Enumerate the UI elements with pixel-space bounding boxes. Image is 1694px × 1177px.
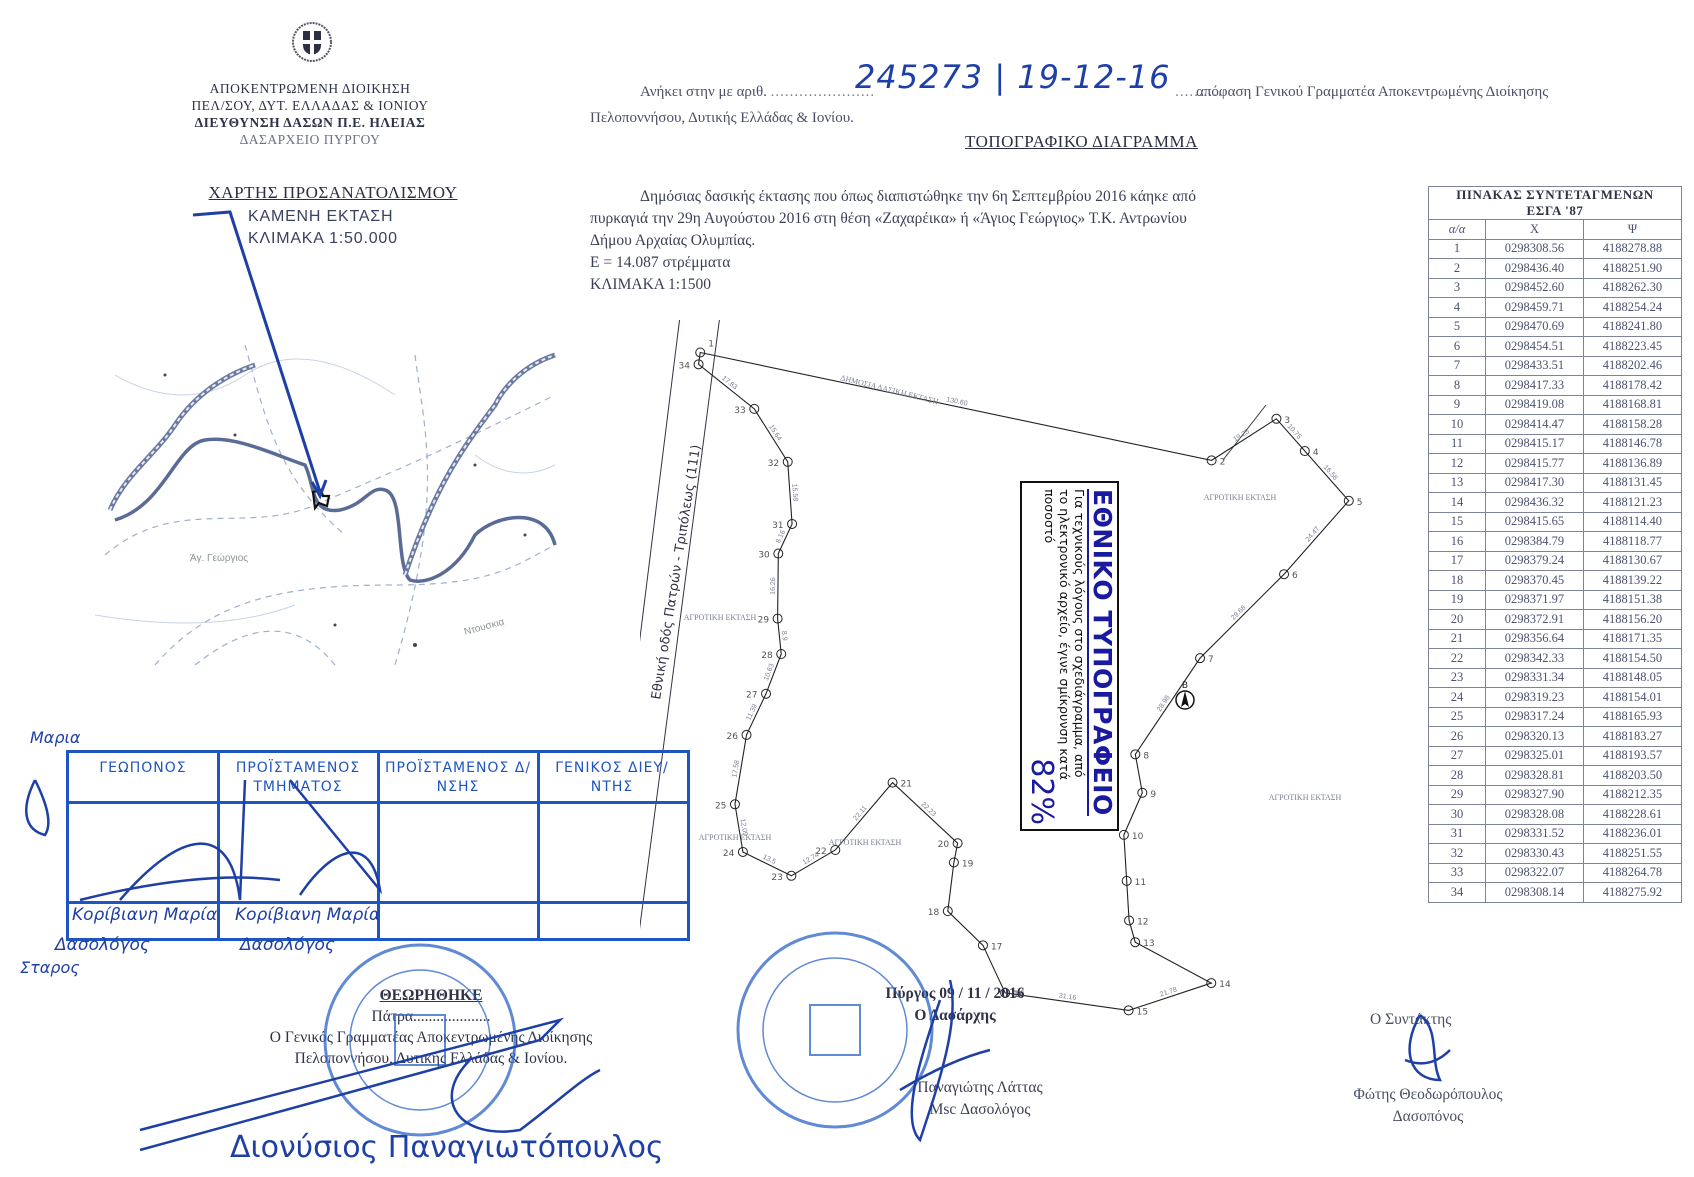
decision-prefix: Ανήκει στην με αριθ. — [640, 84, 767, 100]
table-row: 90298419.084188168.81 — [1429, 395, 1682, 415]
cell-x: 0298319.23 — [1486, 688, 1584, 708]
cell-y: 4188278.88 — [1583, 239, 1681, 259]
cell-x: 0298454.51 — [1486, 337, 1584, 357]
document-title: ΤΟΠΟΓΡΑΦΙΚΟ ΔΙΑΓΡΑΜΜΑ — [965, 132, 1198, 152]
description-line-1: Δημόσιας δασικής έκτασης που όπως διαπισ… — [590, 186, 1410, 208]
cell-x: 0298308.14 — [1486, 883, 1584, 903]
cell-y: 4188251.90 — [1583, 259, 1681, 279]
neighbor-public-forest-label: ΔΗΜΟΣΙΑ ΔΑΣΙΚΗ ΕΚΤΑΣΗ — [840, 373, 940, 406]
table-row: 40298459.714188254.24 — [1429, 298, 1682, 318]
table-row: 320298330.434188251.55 — [1429, 844, 1682, 864]
table-row: 200298372.914188156.20 — [1429, 610, 1682, 630]
sig-header-dept-head: ΠΡΟΪΣΤΑΜΕΝΟΣ ΤΜΗΜΑΤΟΣ — [219, 759, 377, 797]
cell-y: 4188154.01 — [1583, 688, 1681, 708]
cell-y: 4188168.81 — [1583, 395, 1681, 415]
cell-x: 0298371.97 — [1486, 590, 1584, 610]
handwritten-note-role-2: Δασολόγος — [240, 935, 335, 955]
cell-x: 0298308.56 — [1486, 239, 1584, 259]
table-row: 280298328.814188203.50 — [1429, 766, 1682, 786]
orientation-map-scale: ΚΛΙΜΑΚΑ 1:50.000 — [248, 228, 398, 250]
table-row: 10298308.564188278.88 — [1429, 239, 1682, 259]
col-header-y: Ψ — [1583, 220, 1681, 240]
vertex-label: 24 — [723, 849, 735, 859]
cell-y: 4188254.24 — [1583, 298, 1681, 318]
cell-y: 4188202.46 — [1583, 356, 1681, 376]
edge-length-label: 130.60 — [946, 396, 968, 407]
col-header-x: Χ — [1486, 220, 1584, 240]
author-role: Ο Συντάκτης — [1370, 1011, 1451, 1029]
national-printing-office-stamp: ΕΘΝΙΚΟ ΤΥΠΟΓΡΑΦΕΙΟ Για τεχνικούς λόγους … — [1020, 481, 1119, 831]
approval-role-2: Πελοποννήσου, Δυτικής Ελλάδας & Ιονίου. — [256, 1048, 606, 1069]
sig-header-general-director: ΓΕΝΙΚΟΣ ΔΙΕΥ/ΝΤΗΣ — [539, 759, 685, 797]
plan-scale: ΚΛΙΜΑΚΑ 1:1500 — [590, 274, 1410, 296]
table-row: 180298370.454188139.22 — [1429, 571, 1682, 591]
vertex-label: 9 — [1150, 790, 1156, 800]
cell-x: 0298370.45 — [1486, 571, 1584, 591]
cell-x: 0298459.71 — [1486, 298, 1584, 318]
approval-title: ΘΕΩΡΗΘΗΚΕ — [256, 985, 606, 1006]
cell-y: 4188146.78 — [1583, 434, 1681, 454]
cell-x: 0298328.81 — [1486, 766, 1584, 786]
table-row: 250298317.244188165.93 — [1429, 707, 1682, 727]
table-row: 300298328.084188228.61 — [1429, 805, 1682, 825]
cell-y: 4188139.22 — [1583, 571, 1681, 591]
table-row: 140298436.324188121.23 — [1429, 493, 1682, 513]
map-label-agios-georgios: Άγ. Γεώργιος — [190, 552, 248, 564]
table-row: 100298414.474188158.28 — [1429, 415, 1682, 435]
cell-y: 4188165.93 — [1583, 707, 1681, 727]
table-row: 60298454.514188223.45 — [1429, 337, 1682, 357]
author-name: Φώτης Θεοδωρόπουλος — [1318, 1084, 1538, 1106]
vertex-label: 28 — [761, 651, 773, 661]
handwritten-note-role-1: Δασολόγος — [55, 935, 150, 955]
svg-text:Β: Β — [1182, 681, 1188, 691]
forest-officer-date: Πύργος 09 / 11 / 2016 — [850, 983, 1060, 1005]
approval-role-1: Ο Γενικός Γραμματέας Αποκεντρωμένης Διοί… — [256, 1027, 606, 1048]
cell-x: 0298384.79 — [1486, 532, 1584, 552]
cell-x: 0298317.24 — [1486, 707, 1584, 727]
cell-x: 0298415.65 — [1486, 512, 1584, 532]
authority-line-3: ΔΙΕΥΘΥΝΣΗ ΔΑΣΩΝ Π.Ε. ΗΛΕΙΑΣ — [130, 114, 490, 131]
vertex-label: 10 — [1132, 832, 1144, 842]
orientation-map-title: ΧΑΡΤΗΣ ΠΡΟΣΑΝΑΤΟΛΙΣΜΟΥ — [178, 183, 488, 203]
orientation-map: Άγ. Γεώργιος Ντουσκια — [95, 335, 565, 675]
table-row: 290298327.904188212.35 — [1429, 785, 1682, 805]
cell-x: 0298330.43 — [1486, 844, 1584, 864]
cell-y: 4188121.23 — [1583, 493, 1681, 513]
cell-y: 4188251.55 — [1583, 844, 1681, 864]
edge-length-label: 16.26 — [770, 577, 777, 595]
vertex-label: 17 — [991, 942, 1002, 952]
approval-place: Πάτρα.................... — [256, 1006, 606, 1027]
cell-x: 0298379.24 — [1486, 551, 1584, 571]
table-row: 70298433.514188202.46 — [1429, 356, 1682, 376]
neighbor-agri-label-5: ΑΓΡΟΤΙΚΗ ΕΚΤΑΣΗ — [699, 833, 772, 842]
handwritten-note-top: Μαρια — [30, 728, 80, 747]
forest-officer-title: Msc Δασολόγος — [880, 1099, 1080, 1121]
vertex-label: 19 — [962, 859, 974, 869]
vertex-label: 26 — [727, 732, 739, 742]
cell-index: 1 — [1429, 239, 1486, 259]
vertex-label: 7 — [1208, 655, 1214, 665]
cell-x: 0298320.13 — [1486, 727, 1584, 747]
cell-y: 4188154.50 — [1583, 649, 1681, 669]
forest-officer-name-block: Παναγιώτης Λάττας Msc Δασολόγος — [880, 1077, 1080, 1121]
cell-x: 0298331.34 — [1486, 668, 1584, 688]
table-row: 210298356.644188171.35 — [1429, 629, 1682, 649]
vertex-label: 21 — [901, 780, 912, 790]
neighbor-agri-label-4: ΑΓΡΟΤΙΚΗ ΕΚΤΑΣΗ — [829, 838, 902, 847]
forest-officer-block: Πύργος 09 / 11 / 2016 Ο Δασάρχης — [850, 983, 1060, 1027]
cell-y: 4188223.45 — [1583, 337, 1681, 357]
road-label: Εθνική οδός Πατρών - Τριπόλεως (111) — [649, 444, 704, 701]
vertex-label: 5 — [1357, 498, 1363, 508]
approval-block: ΘΕΩΡΗΘΗΚΕ Πάτρα.................... Ο Γε… — [256, 985, 606, 1069]
cell-y: 4188131.45 — [1583, 473, 1681, 493]
vertex-label: 27 — [746, 691, 757, 701]
cell-y: 4188262.30 — [1583, 278, 1681, 298]
cell-y: 4188151.38 — [1583, 590, 1681, 610]
table-row: 160298384.794188118.77 — [1429, 532, 1682, 552]
vertex-label: 6 — [1292, 571, 1298, 581]
table-row: 340298308.144188275.92 — [1429, 883, 1682, 903]
area-description: Δημόσιας δασικής έκτασης που όπως διαπισ… — [590, 186, 1410, 296]
handwritten-note-bottom: Σταρος — [20, 958, 80, 977]
cell-y: 4188264.78 — [1583, 863, 1681, 883]
sig-header-agronomist: ΓΕΩΠΟΝΟΣ — [69, 759, 217, 778]
table-row: 150298415.654188114.40 — [1429, 512, 1682, 532]
cell-y: 4188130.67 — [1583, 551, 1681, 571]
edge-length-label: 8.16 — [775, 529, 787, 544]
table-row: 120298415.774188136.89 — [1429, 454, 1682, 474]
cell-y: 4188193.57 — [1583, 746, 1681, 766]
vertex-label: 1 — [708, 339, 714, 349]
table-row: 130298417.304188131.45 — [1429, 473, 1682, 493]
issuing-authority: ΑΠΟΚΕΝΤΡΩΜΕΝΗ ΔΙΟΙΚΗΣΗ ΠΕΛ/ΣΟΥ, ΔΥΤ. ΕΛΛ… — [130, 80, 490, 148]
cell-x: 0298414.47 — [1486, 415, 1584, 435]
handwritten-name-1: Κορίβιανη Μαρία — [72, 905, 217, 925]
cell-index: 2 — [1429, 259, 1486, 279]
table-row: 230298331.344188148.05 — [1429, 668, 1682, 688]
table-row: 240298319.234188154.01 — [1429, 688, 1682, 708]
table-row: 110298415.174188146.78 — [1429, 434, 1682, 454]
cell-y: 4188118.77 — [1583, 532, 1681, 552]
coordinates-table-title: ΠΙΝΑΚΑΣ ΣΥΝΤΕΤΑΓΜΕΝΩΝΕΣΓΑ '87 — [1429, 187, 1682, 220]
vertex-label: 8 — [1143, 751, 1149, 761]
edge-length-label: 13.5 — [761, 854, 776, 866]
authority-line-4: ΔΑΣΑΡΧΕΙΟ ΠΥΡΓΟΥ — [130, 131, 490, 148]
cell-y: 4188241.80 — [1583, 317, 1681, 337]
orientation-map-subtitle: ΚΑΜΕΝΗ ΕΚΤΑΣΗ — [248, 206, 398, 228]
vertex-label: 30 — [758, 551, 770, 561]
table-row: 190298371.974188151.38 — [1429, 590, 1682, 610]
description-line-2: πυρκαγιά την 29η Αυγούστου 2016 στη θέση… — [590, 208, 1410, 230]
cell-x: 0298327.90 — [1486, 785, 1584, 805]
cell-index: 3 — [1429, 278, 1486, 298]
vertex-label: 11 — [1135, 878, 1146, 888]
approval-signature: Διονύσιος Παναγιωτόπουλος — [230, 1130, 664, 1165]
cell-x: 0298452.60 — [1486, 278, 1584, 298]
cell-x: 0298415.17 — [1486, 434, 1584, 454]
vertex-label: 20 — [938, 840, 950, 850]
cell-x: 0298331.52 — [1486, 824, 1584, 844]
stamp-percent: 82% — [1024, 758, 1059, 825]
cell-y: 4188136.89 — [1583, 454, 1681, 474]
forest-officer-name: Παναγιώτης Λάττας — [880, 1077, 1080, 1099]
vertex-label: 15 — [1137, 1007, 1148, 1017]
cell-x: 0298372.91 — [1486, 610, 1584, 630]
table-row: 310298331.524188236.01 — [1429, 824, 1682, 844]
vertex-label: 32 — [768, 459, 779, 469]
edge-length-label: 8.9 — [780, 631, 788, 642]
authority-line-2: ΠΕΛ/ΣΟΥ, ΔΥΤ. ΕΛΛΑΔΑΣ & ΙΟΝΙΟΥ — [130, 97, 490, 114]
forest-officer-role: Ο Δασάρχης — [850, 1005, 1060, 1027]
vertex-label: 12 — [1137, 917, 1148, 927]
cell-y: 4188178.42 — [1583, 376, 1681, 396]
handwritten-decision-number: 245273 | 19-12-16 — [855, 58, 1171, 96]
edge-length-label: 15.58 — [790, 484, 798, 502]
cell-y: 4188275.92 — [1583, 883, 1681, 903]
cell-x: 0298417.33 — [1486, 376, 1584, 396]
cell-y: 4188183.27 — [1583, 727, 1681, 747]
cell-x: 0298322.07 — [1486, 863, 1584, 883]
cell-x: 0298417.30 — [1486, 473, 1584, 493]
vertex-label: 13 — [1143, 939, 1154, 949]
table-row: 270298325.014188193.57 — [1429, 746, 1682, 766]
vertex-label: 14 — [1219, 980, 1231, 990]
description-line-3: Δήμου Αρχαίας Ολυμπίας. — [590, 230, 1410, 252]
area-value: Ε = 14.087 στρέμματα — [590, 252, 1410, 274]
table-row: 330298322.074188264.78 — [1429, 863, 1682, 883]
authority-line-1: ΑΠΟΚΕΝΤΡΩΜΕΝΗ ΔΙΟΙΚΗΣΗ — [130, 80, 490, 97]
neighbor-agri-label-1: ΑΓΡΟΤΙΚΗ ΕΚΤΑΣΗ — [1204, 493, 1277, 502]
cell-y: 4188158.28 — [1583, 415, 1681, 435]
table-row: 30298452.604188262.30 — [1429, 278, 1682, 298]
vertex-label: 23 — [771, 873, 782, 883]
vertex-label: 4 — [1313, 448, 1319, 458]
north-arrow-icon: Β — [1176, 681, 1194, 709]
orientation-map-info: ΚΑΜΕΝΗ ΕΚΤΑΣΗ ΚΛΙΜΑΚΑ 1:50.000 — [248, 206, 398, 250]
vertex-label: 2 — [1220, 457, 1226, 467]
cell-x: 0298470.69 — [1486, 317, 1584, 337]
cell-x: 0298328.08 — [1486, 805, 1584, 825]
cell-y: 4188171.35 — [1583, 629, 1681, 649]
stamp-text: Για τεχνικούς λόγους στο σχεδιάγραμμα, α… — [1042, 489, 1087, 789]
stamp-title: ΕΘΝΙΚΟ ΤΥΠΟΓΡΑΦΕΙΟ — [1087, 489, 1116, 816]
cell-x: 0298415.77 — [1486, 454, 1584, 474]
coordinates-table: ΠΙΝΑΚΑΣ ΣΥΝΤΕΤΑΓΜΕΝΩΝΕΣΓΑ '87 α/α Χ Ψ 10… — [1428, 186, 1682, 903]
handwritten-name-2: Κορίβιανη Μαρία — [235, 905, 380, 925]
author-title: Δασοπόνος — [1318, 1106, 1538, 1128]
cell-index: 4 — [1429, 298, 1486, 318]
author-name-block: Φώτης Θεοδωρόπουλος Δασοπόνος — [1318, 1084, 1538, 1128]
cell-y: 4188156.20 — [1583, 610, 1681, 630]
vertex-label: 34 — [679, 361, 691, 371]
neighbor-agri-label-3: ΑΓΡΟΤΙΚΗ ΕΚΤΑΣΗ — [1269, 793, 1342, 802]
col-header-index: α/α — [1429, 220, 1486, 240]
cell-x: 0298342.33 — [1486, 649, 1584, 669]
table-row: 80298417.334188178.42 — [1429, 376, 1682, 396]
table-row: 50298470.694188241.80 — [1429, 317, 1682, 337]
cell-x: 0298436.32 — [1486, 493, 1584, 513]
cell-y: 4188203.50 — [1583, 766, 1681, 786]
vertex-label: 25 — [715, 801, 726, 811]
cell-y: 4188114.40 — [1583, 512, 1681, 532]
cell-x: 0298433.51 — [1486, 356, 1584, 376]
vertex-label: 33 — [734, 406, 745, 416]
vertex-label: 18 — [928, 908, 940, 918]
coordinates-table-body: 10298308.564188278.8820298436.404188251.… — [1429, 239, 1682, 902]
vertex-label: 29 — [758, 616, 770, 626]
cell-x: 0298356.64 — [1486, 629, 1584, 649]
table-row: 260298320.134188183.27 — [1429, 727, 1682, 747]
cell-x: 0298325.01 — [1486, 746, 1584, 766]
cell-x: 0298419.08 — [1486, 395, 1584, 415]
sig-header-directorate-head: ΠΡΟΪΣΤΑΜΕΝΟΣ Δ/ΝΣΗΣ — [379, 759, 537, 797]
cell-x: 0298436.40 — [1486, 259, 1584, 279]
cell-y: 4188236.01 — [1583, 824, 1681, 844]
cell-y: 4188228.61 — [1583, 805, 1681, 825]
vertex-label: 31 — [772, 521, 783, 531]
map-label-ntouskia: Ντουσκια — [463, 617, 506, 638]
table-row: 170298379.244188130.67 — [1429, 551, 1682, 571]
table-row: 20298436.404188251.90 — [1429, 259, 1682, 279]
greek-coat-of-arms-icon — [290, 20, 334, 64]
table-row: 220298342.334188154.50 — [1429, 649, 1682, 669]
cell-y: 4188212.35 — [1583, 785, 1681, 805]
neighbor-agri-label-2: ΑΓΡΟΤΙΚΗ ΕΚΤΑΣΗ — [684, 613, 757, 622]
decision-line-2: Πελοποννήσου, Δυτικής Ελλάδας & Ιονίου. — [590, 110, 854, 127]
cell-y: 4188148.05 — [1583, 668, 1681, 688]
decision-suffix: απόφαση Γενικού Γραμματέα Αποκεντρωμένης… — [1196, 84, 1548, 101]
